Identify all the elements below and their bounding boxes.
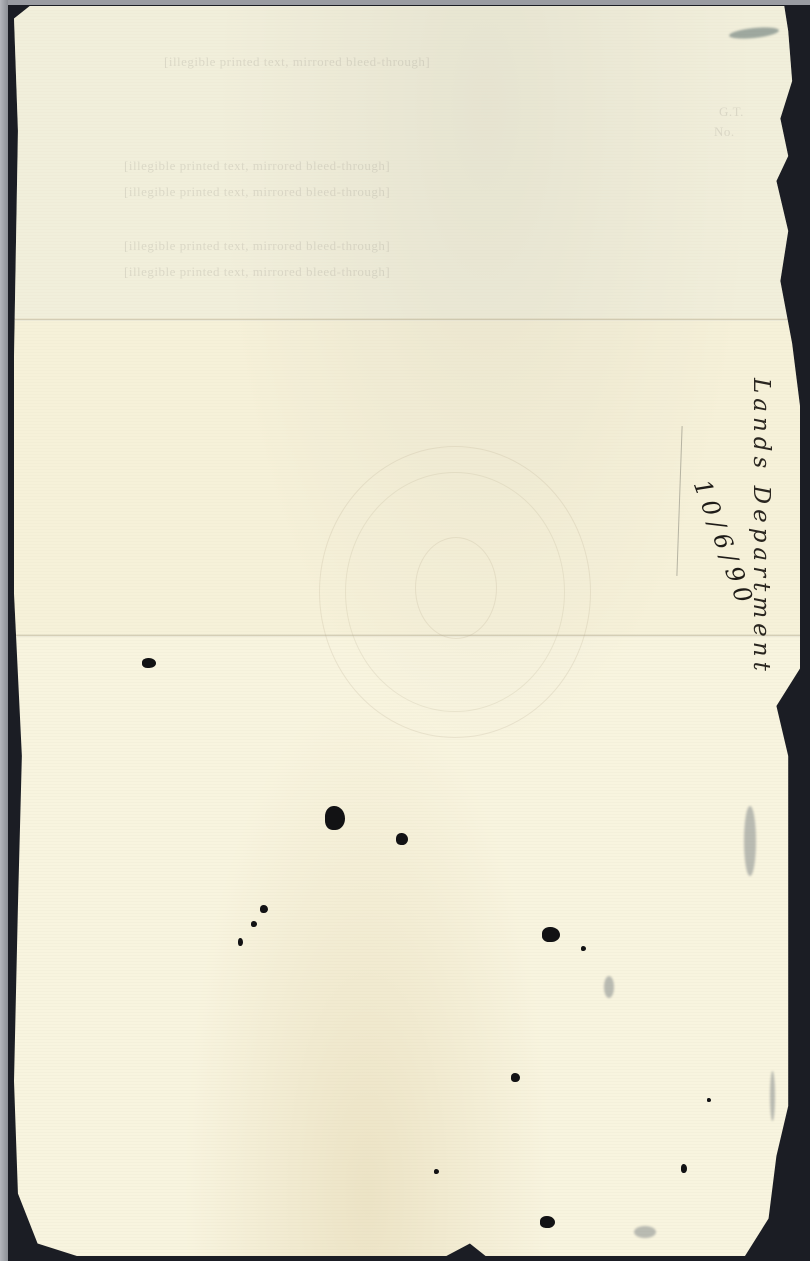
ink-spot <box>707 1098 711 1102</box>
ink-spot <box>260 905 268 913</box>
ink-spot <box>396 833 408 845</box>
ink-spot <box>540 1216 555 1228</box>
scanner-bed-edge-left <box>0 0 8 1261</box>
ink-spot <box>251 921 257 927</box>
ink-smudge <box>744 806 756 876</box>
bleed-through-text: [illegible printed text, mirrored bleed-… <box>164 54 430 70</box>
ink-spot <box>238 938 243 946</box>
bleed-through-text: [illegible printed text, mirrored bleed-… <box>124 264 390 280</box>
ink-spot <box>434 1169 439 1174</box>
fold-crease <box>14 318 800 321</box>
ink-spot <box>542 927 560 942</box>
ink-spot <box>681 1164 687 1173</box>
ink-spot <box>581 946 586 951</box>
ink-smudge <box>770 1071 775 1121</box>
endorsement-department: Lands Department <box>748 378 774 676</box>
ink-smudge <box>634 1226 656 1238</box>
document-page: G.T. No. [illegible printed text, mirror… <box>14 6 800 1256</box>
ink-spot <box>511 1073 520 1082</box>
ink-smudge <box>604 976 614 998</box>
ink-spot <box>142 658 156 668</box>
bleed-through-text: G.T. <box>719 104 744 120</box>
bleed-through-text: No. <box>714 124 735 140</box>
ink-spot <box>325 806 345 830</box>
bleed-through-text: [illegible printed text, mirrored bleed-… <box>124 158 390 174</box>
embossed-seal <box>319 446 591 738</box>
scanner-bed-edge-top <box>0 0 810 5</box>
bleed-through-text: [illegible printed text, mirrored bleed-… <box>124 184 390 200</box>
bleed-through-text: [illegible printed text, mirrored bleed-… <box>124 238 390 254</box>
